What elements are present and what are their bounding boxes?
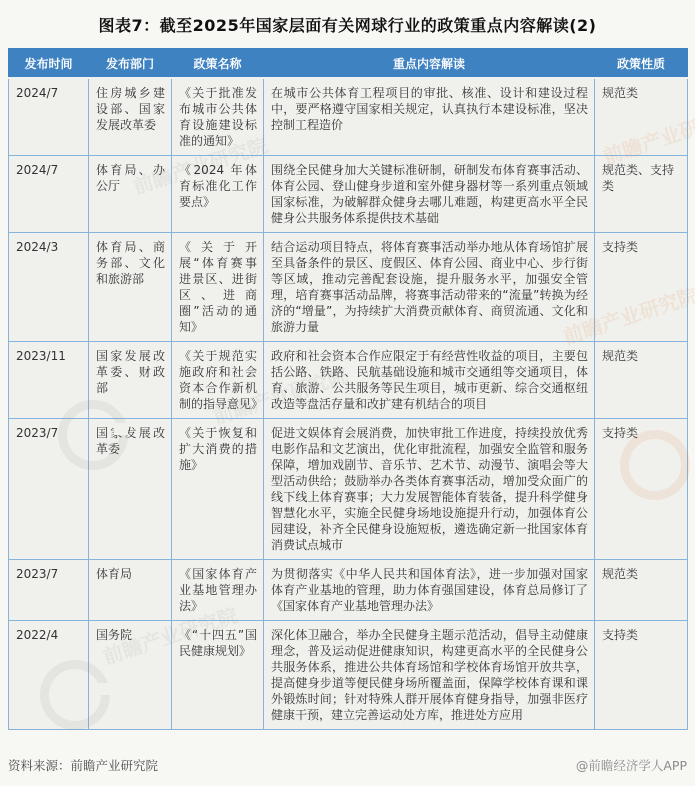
- content-cell: 为贯彻落实《中华人民共和国体育法》，进一步加强对国家体育产业基地的管理，助力体育…: [264, 560, 595, 621]
- date-cell: 2023/7: [9, 419, 89, 560]
- date-cell: 2024/7: [9, 78, 89, 156]
- footer: 资料来源：前瞻产业研究院 @前瞻经济学人APP: [0, 756, 695, 778]
- policy-table-container: 发布时间 发布部门 政策名称 重点内容解读 政策性质 2024/7 住房城乡建设…: [8, 48, 687, 730]
- content-cell: 促进文娱体育会展消费，加快审批工作进度，持续投放优秀电影作品和文艺演出，优化审批…: [264, 419, 595, 560]
- table-row: 2022/4 国务院 《“十四五”国民健康规划》 深化体卫融合，举办全民健身主题…: [9, 621, 688, 730]
- table-row: 2024/3 体育局、商务部、文化和旅游部 《关于开展“体育赛事进景区、进街区、…: [9, 233, 688, 342]
- content-cell: 结合运动项目特点，将体育赛事活动举办地从体育场馆扩展至具备条件的景区、度假区、体…: [264, 233, 595, 342]
- date-cell: 2024/3: [9, 233, 89, 342]
- department-cell: 体育局、商务部、文化和旅游部: [89, 233, 172, 342]
- header-cell-nature: 政策性质: [595, 49, 688, 79]
- date-cell: 2022/4: [9, 621, 89, 730]
- policy-table: 发布时间 发布部门 政策名称 重点内容解读 政策性质 2024/7 住房城乡建设…: [8, 48, 688, 730]
- nature-cell: 规范类: [595, 560, 688, 621]
- policy-name-cell: 《关于规范实施政府和社会资本合作新机制的指导意见》: [172, 342, 264, 419]
- header-row: 发布时间 发布部门 政策名称 重点内容解读 政策性质: [9, 49, 688, 79]
- app-credit: @前瞻经济学人APP: [576, 756, 687, 774]
- nature-cell: 规范类: [595, 342, 688, 419]
- department-cell: 体育局、办公厅: [89, 156, 172, 233]
- department-cell: 体育局: [89, 560, 172, 621]
- policy-name-cell: 《国家体育产业基地管理办法》: [172, 560, 264, 621]
- content-cell: 在城市公共体育工程项目的审批、核准、设计和建设过程中，要严格遵守国家相关规定，认…: [264, 78, 595, 156]
- source-note: 资料来源：前瞻产业研究院: [8, 756, 158, 774]
- department-cell: 住房城乡建设部、国家发展改革委: [89, 78, 172, 156]
- header-cell-content: 重点内容解读: [264, 49, 595, 79]
- policy-name-cell: 《2024 年体育标准化工作要点》: [172, 156, 264, 233]
- header-cell-dept: 发布部门: [89, 49, 172, 79]
- nature-cell: 支持类: [595, 419, 688, 560]
- date-cell: 2023/7: [9, 560, 89, 621]
- table-row: 2023/7 国家发展改革委 《关于恢复和扩大消费的措施》 促进文娱体育会展消费…: [9, 419, 688, 560]
- policy-name-cell: 《“十四五”国民健康规划》: [172, 621, 264, 730]
- policy-name-cell: 《关于恢复和扩大消费的措施》: [172, 419, 264, 560]
- header-cell-date: 发布时间: [9, 49, 89, 79]
- department-cell: 国家发展改革委: [89, 419, 172, 560]
- date-cell: 2024/7: [9, 156, 89, 233]
- table-row: 2023/11 国家发展改革委、财政部 《关于规范实施政府和社会资本合作新机制的…: [9, 342, 688, 419]
- nature-cell: 规范类: [595, 78, 688, 156]
- page-title: 图表7：截至2025年国家层面有关网球行业的政策重点内容解读(2): [0, 0, 695, 48]
- department-cell: 国家发展改革委、财政部: [89, 342, 172, 419]
- department-cell: 国务院: [89, 621, 172, 730]
- table-row: 2024/7 体育局、办公厅 《2024 年体育标准化工作要点》 围绕全民健身加…: [9, 156, 688, 233]
- table-body: 2024/7 住房城乡建设部、国家发展改革委 《关于批准发布城市公共体育设施建设…: [9, 78, 688, 730]
- header-cell-policy: 政策名称: [172, 49, 264, 79]
- content-cell: 政府和社会资本合作应限定于有经营性收益的项目，主要包括公路、铁路、民航基础设施和…: [264, 342, 595, 419]
- policy-name-cell: 《关于开展“体育赛事进景区、进街区、进商圈”活动的通知》: [172, 233, 264, 342]
- policy-name-cell: 《关于批准发布城市公共体育设施建设标准的通知》: [172, 78, 264, 156]
- date-cell: 2023/11: [9, 342, 89, 419]
- nature-cell: 支持类: [595, 621, 688, 730]
- table-row: 2023/7 体育局 《国家体育产业基地管理办法》 为贯彻落实《中华人民共和国体…: [9, 560, 688, 621]
- content-cell: 围绕全民健身加大关键标准研制，研制发布体育赛事活动、体育公园、登山健身步道和室外…: [264, 156, 595, 233]
- nature-cell: 支持类: [595, 233, 688, 342]
- nature-cell: 规范类、支持类: [595, 156, 688, 233]
- table-row: 2024/7 住房城乡建设部、国家发展改革委 《关于批准发布城市公共体育设施建设…: [9, 78, 688, 156]
- page: { "title": "图表7：截至2025年国家层面有关网球行业的政策重点内容…: [0, 0, 695, 786]
- content-cell: 深化体卫融合，举办全民健身主题示范活动，倡导主动健康理念，普及运动促进健康知识，…: [264, 621, 595, 730]
